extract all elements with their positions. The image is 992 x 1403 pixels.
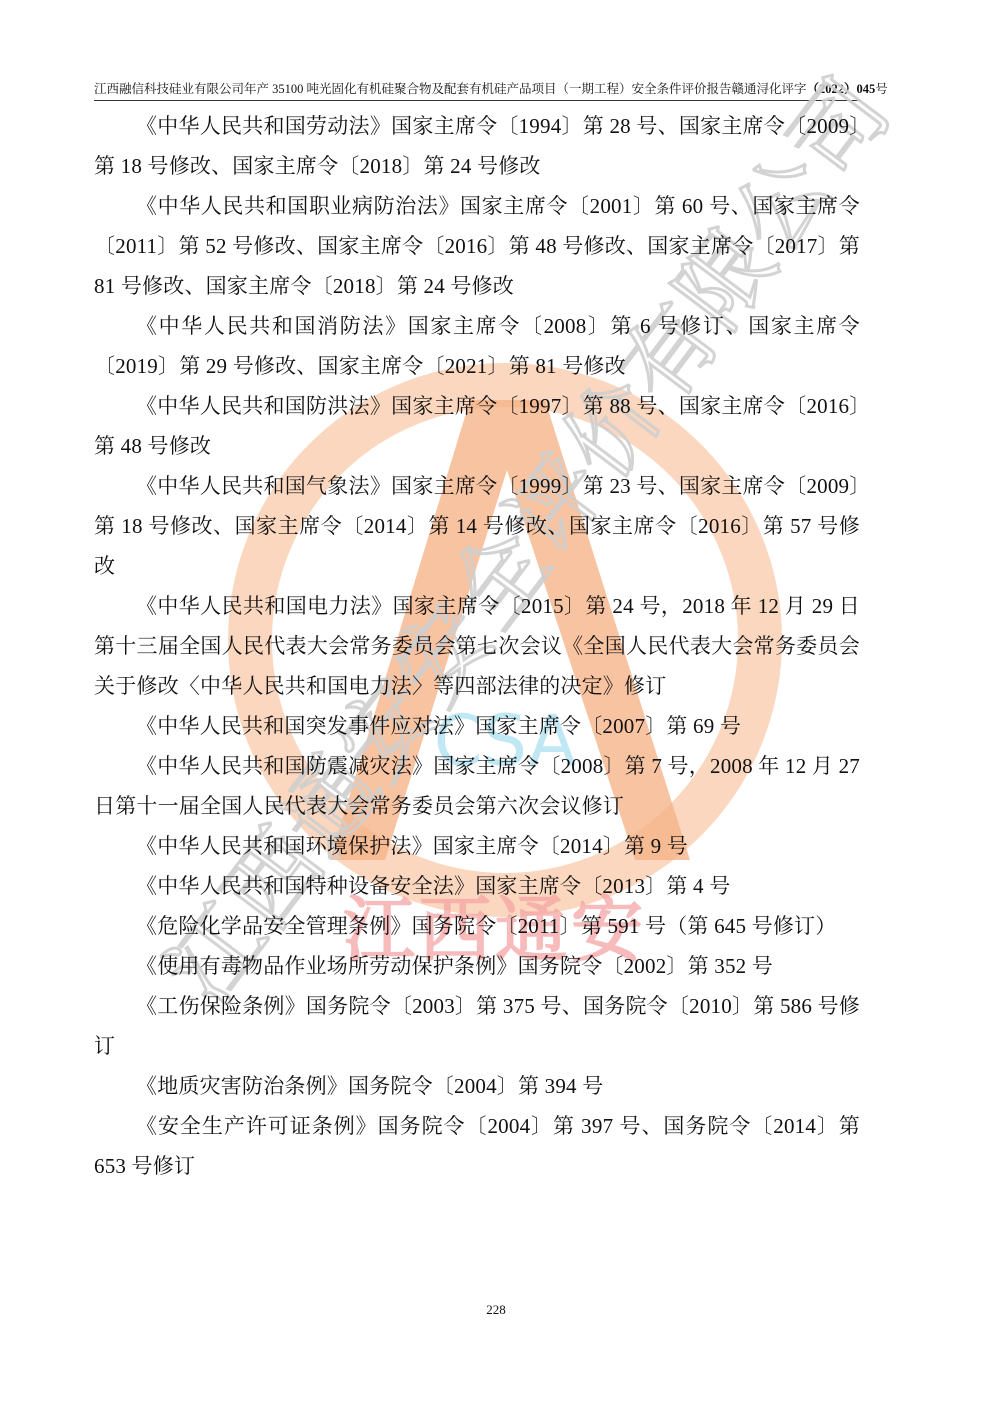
regulation-item: 《中华人民共和国环境保护法》国家主席令〔2014〕第 9 号: [94, 826, 860, 866]
regulation-item: 《危险化学品安全管理条例》国务院令〔2011〕第 591 号（第 645 号修订…: [94, 906, 860, 946]
regulation-item: 《使用有毒物品作业场所劳动保护条例》国务院令〔2002〕第 352 号: [94, 946, 860, 986]
regulation-item: 《中华人民共和国职业病防治法》国家主席令〔2001〕第 60 号、国家主席令〔2…: [94, 186, 860, 306]
document-number: 赣通浔化评字（2022）045号: [732, 80, 888, 100]
report-title: 江西融信科技硅业有限公司年产 35100 吨光固化有机硅聚合物及配套有机硅产品项…: [94, 80, 732, 100]
regulation-item: 《中华人民共和国消防法》国家主席令〔2008〕第 6 号修订、国家主席令〔201…: [94, 306, 860, 386]
regulation-list: 《中华人民共和国劳动法》国家主席令〔1994〕第 28 号、国家主席令〔2009…: [94, 106, 860, 1186]
regulation-item: 《中华人民共和国气象法》国家主席令〔1999〕第 23 号、国家主席令〔2009…: [94, 466, 860, 586]
doc-no-suffix: 号: [875, 82, 888, 96]
regulation-item: 《中华人民共和国防震减灾法》国家主席令〔2008〕第 7 号，2008 年 12…: [94, 746, 860, 826]
regulation-item: 《地质灾害防治条例》国务院令〔2004〕第 394 号: [94, 1066, 860, 1106]
doc-no-year: （2022）045: [807, 82, 876, 96]
regulation-item: 《中华人民共和国特种设备安全法》国家主席令〔2013〕第 4 号: [94, 866, 860, 906]
regulation-item: 《中华人民共和国防洪法》国家主席令〔1997〕第 88 号、国家主席令〔2016…: [94, 386, 860, 466]
page-number: 228: [0, 1302, 992, 1318]
regulation-item: 《工伤保险条例》国务院令〔2003〕第 375 号、国务院令〔2010〕第 58…: [94, 986, 860, 1066]
regulation-item: 《安全生产许可证条例》国务院令〔2004〕第 397 号、国务院令〔2014〕第…: [94, 1106, 860, 1186]
regulation-item: 《中华人民共和国电力法》国家主席令〔2015〕第 24 号，2018 年 12 …: [94, 586, 860, 706]
regulation-item: 《中华人民共和国劳动法》国家主席令〔1994〕第 28 号、国家主席令〔2009…: [94, 106, 860, 186]
doc-no-prefix: 赣通浔化评字: [732, 82, 807, 96]
regulation-item: 《中华人民共和国突发事件应对法》国家主席令〔2007〕第 69 号: [94, 706, 860, 746]
page-header: 江西融信科技硅业有限公司年产 35100 吨光固化有机硅聚合物及配套有机硅产品项…: [94, 80, 860, 101]
